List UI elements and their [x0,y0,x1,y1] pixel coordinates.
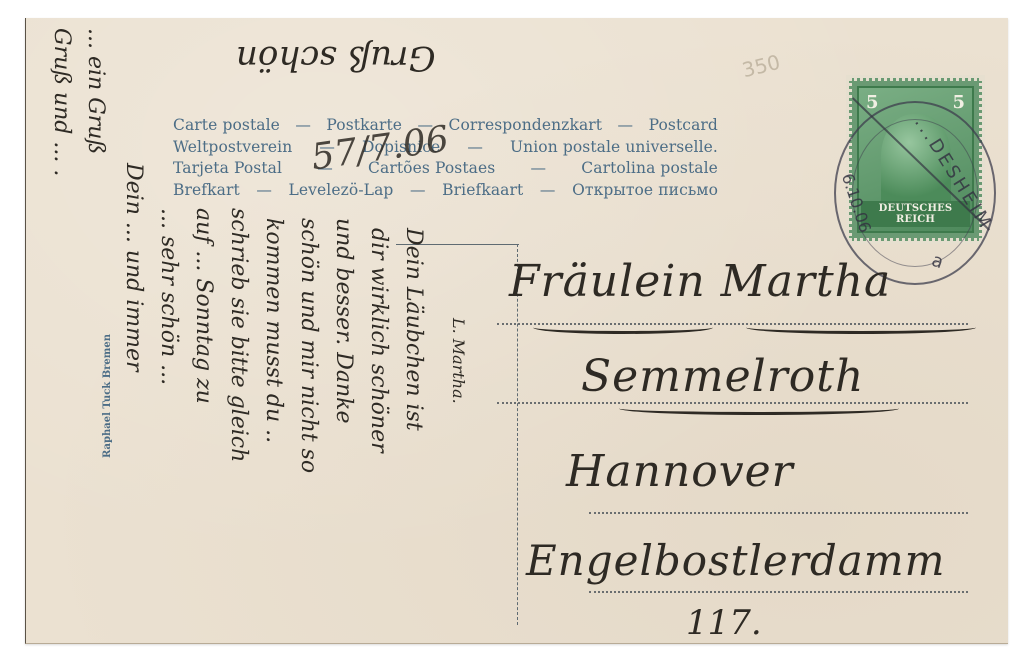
message-column: auf ... Sonntag zu [191,208,216,404]
address-number: 117. [686,603,762,643]
header-text: Открытое письмо [572,180,718,202]
address-line-4 [589,591,968,593]
stamp-value-right: 5 [952,92,965,113]
message-column: dir wirklich schöner [366,228,391,453]
message-column: und besser. Danke [331,218,356,423]
underline-swash [619,402,899,415]
header-text: Postcard [649,115,718,137]
header-text: Briefkaart [442,180,523,202]
header-text: Cartolina postale [581,158,718,180]
publisher-imprint: Raphael Tuck Bremen [102,334,113,458]
header-text: Brefkart [173,180,240,202]
underline-swash [746,321,976,334]
header-dash: — [540,180,556,202]
header-dash: — [410,180,426,202]
address-line-3 [589,512,968,514]
message-column: L. Martha. [449,318,468,404]
message-column: Dein Läubchen ist [401,228,426,431]
header-row-4: Brefkart — Levelezö-Lap — Briefkaart — О… [173,180,718,202]
header-dash: — [467,137,483,159]
header-text: Carte postale [173,115,280,137]
postcard-back: Carte postale — Postkarte — Corresponden… [25,18,1008,644]
message-column: schön und mir nicht so [296,218,321,473]
header-text: Weltpostverein [173,137,292,159]
pencil-note: 350 [740,50,783,83]
header-text: Levelezö-Lap [289,180,394,202]
stamp-value-left: 5 [866,92,879,113]
address-line1-text: Fräulein Martha [509,256,891,307]
header-dash: — [618,115,634,137]
top-handwriting: Gruß schön [236,38,436,78]
header-text: Union postale universelle. [510,137,718,159]
header-row-3: Tarjeta Postal — Cartões Postaes — Carto… [173,158,718,180]
header-text: Tarjeta Postal [173,158,282,180]
message-column: schrieb sie bitte gleich [226,208,251,462]
address-line4-text: Engelbostlerdamm [526,536,945,585]
address-line3-text: Hannover [566,446,794,497]
header-dash: — [256,180,272,202]
header-text: Correspondenzkart [449,115,603,137]
message-column: Dein ... und immer [121,163,146,372]
address-line2-text: Semmelroth [581,351,864,402]
message-column: ... sehr schön ... [156,208,181,385]
message-column: Gruß und ... . [49,28,74,176]
header-dash: — [531,158,547,180]
message-column: kommen musst du .. [261,218,286,443]
underline-swash [533,321,713,334]
message-column: ... ein Gruß [83,28,108,154]
header-dash: — [295,115,311,137]
